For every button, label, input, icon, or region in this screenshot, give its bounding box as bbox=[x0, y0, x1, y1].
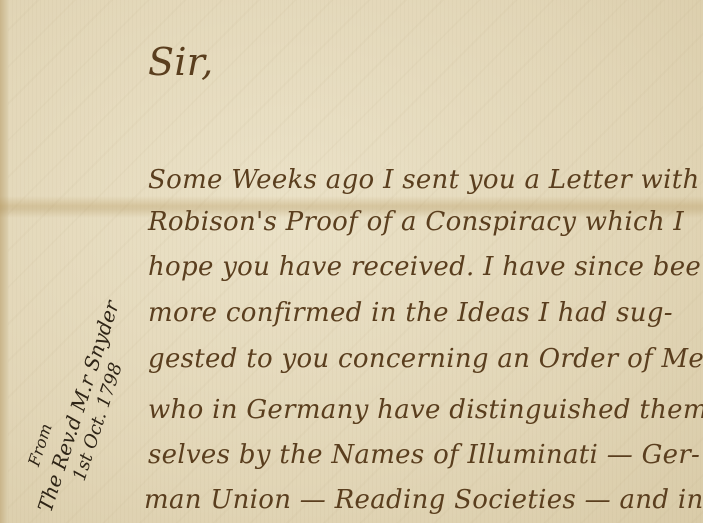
body-line-7: selves by the Names of Illuminati — Ger- bbox=[148, 440, 700, 470]
body-line-2: Robison's Proof of a Conspiracy which I bbox=[148, 207, 684, 237]
body-line-6: who in Germany have distinguished them- bbox=[148, 395, 703, 425]
salutation: Sir, bbox=[148, 40, 213, 84]
page-edge bbox=[0, 0, 8, 523]
body-line-5: gested to you concerning an Order of Men… bbox=[148, 344, 703, 374]
body-line-4: more confirmed in the Ideas I had sug- bbox=[148, 298, 673, 328]
body-line-1: Some Weeks ago I sent you a Letter with bbox=[148, 165, 700, 195]
body-line-3: hope you have received. I have since bee… bbox=[148, 252, 703, 282]
body-line-8: man Union — Reading Societies — and in bbox=[144, 485, 703, 515]
